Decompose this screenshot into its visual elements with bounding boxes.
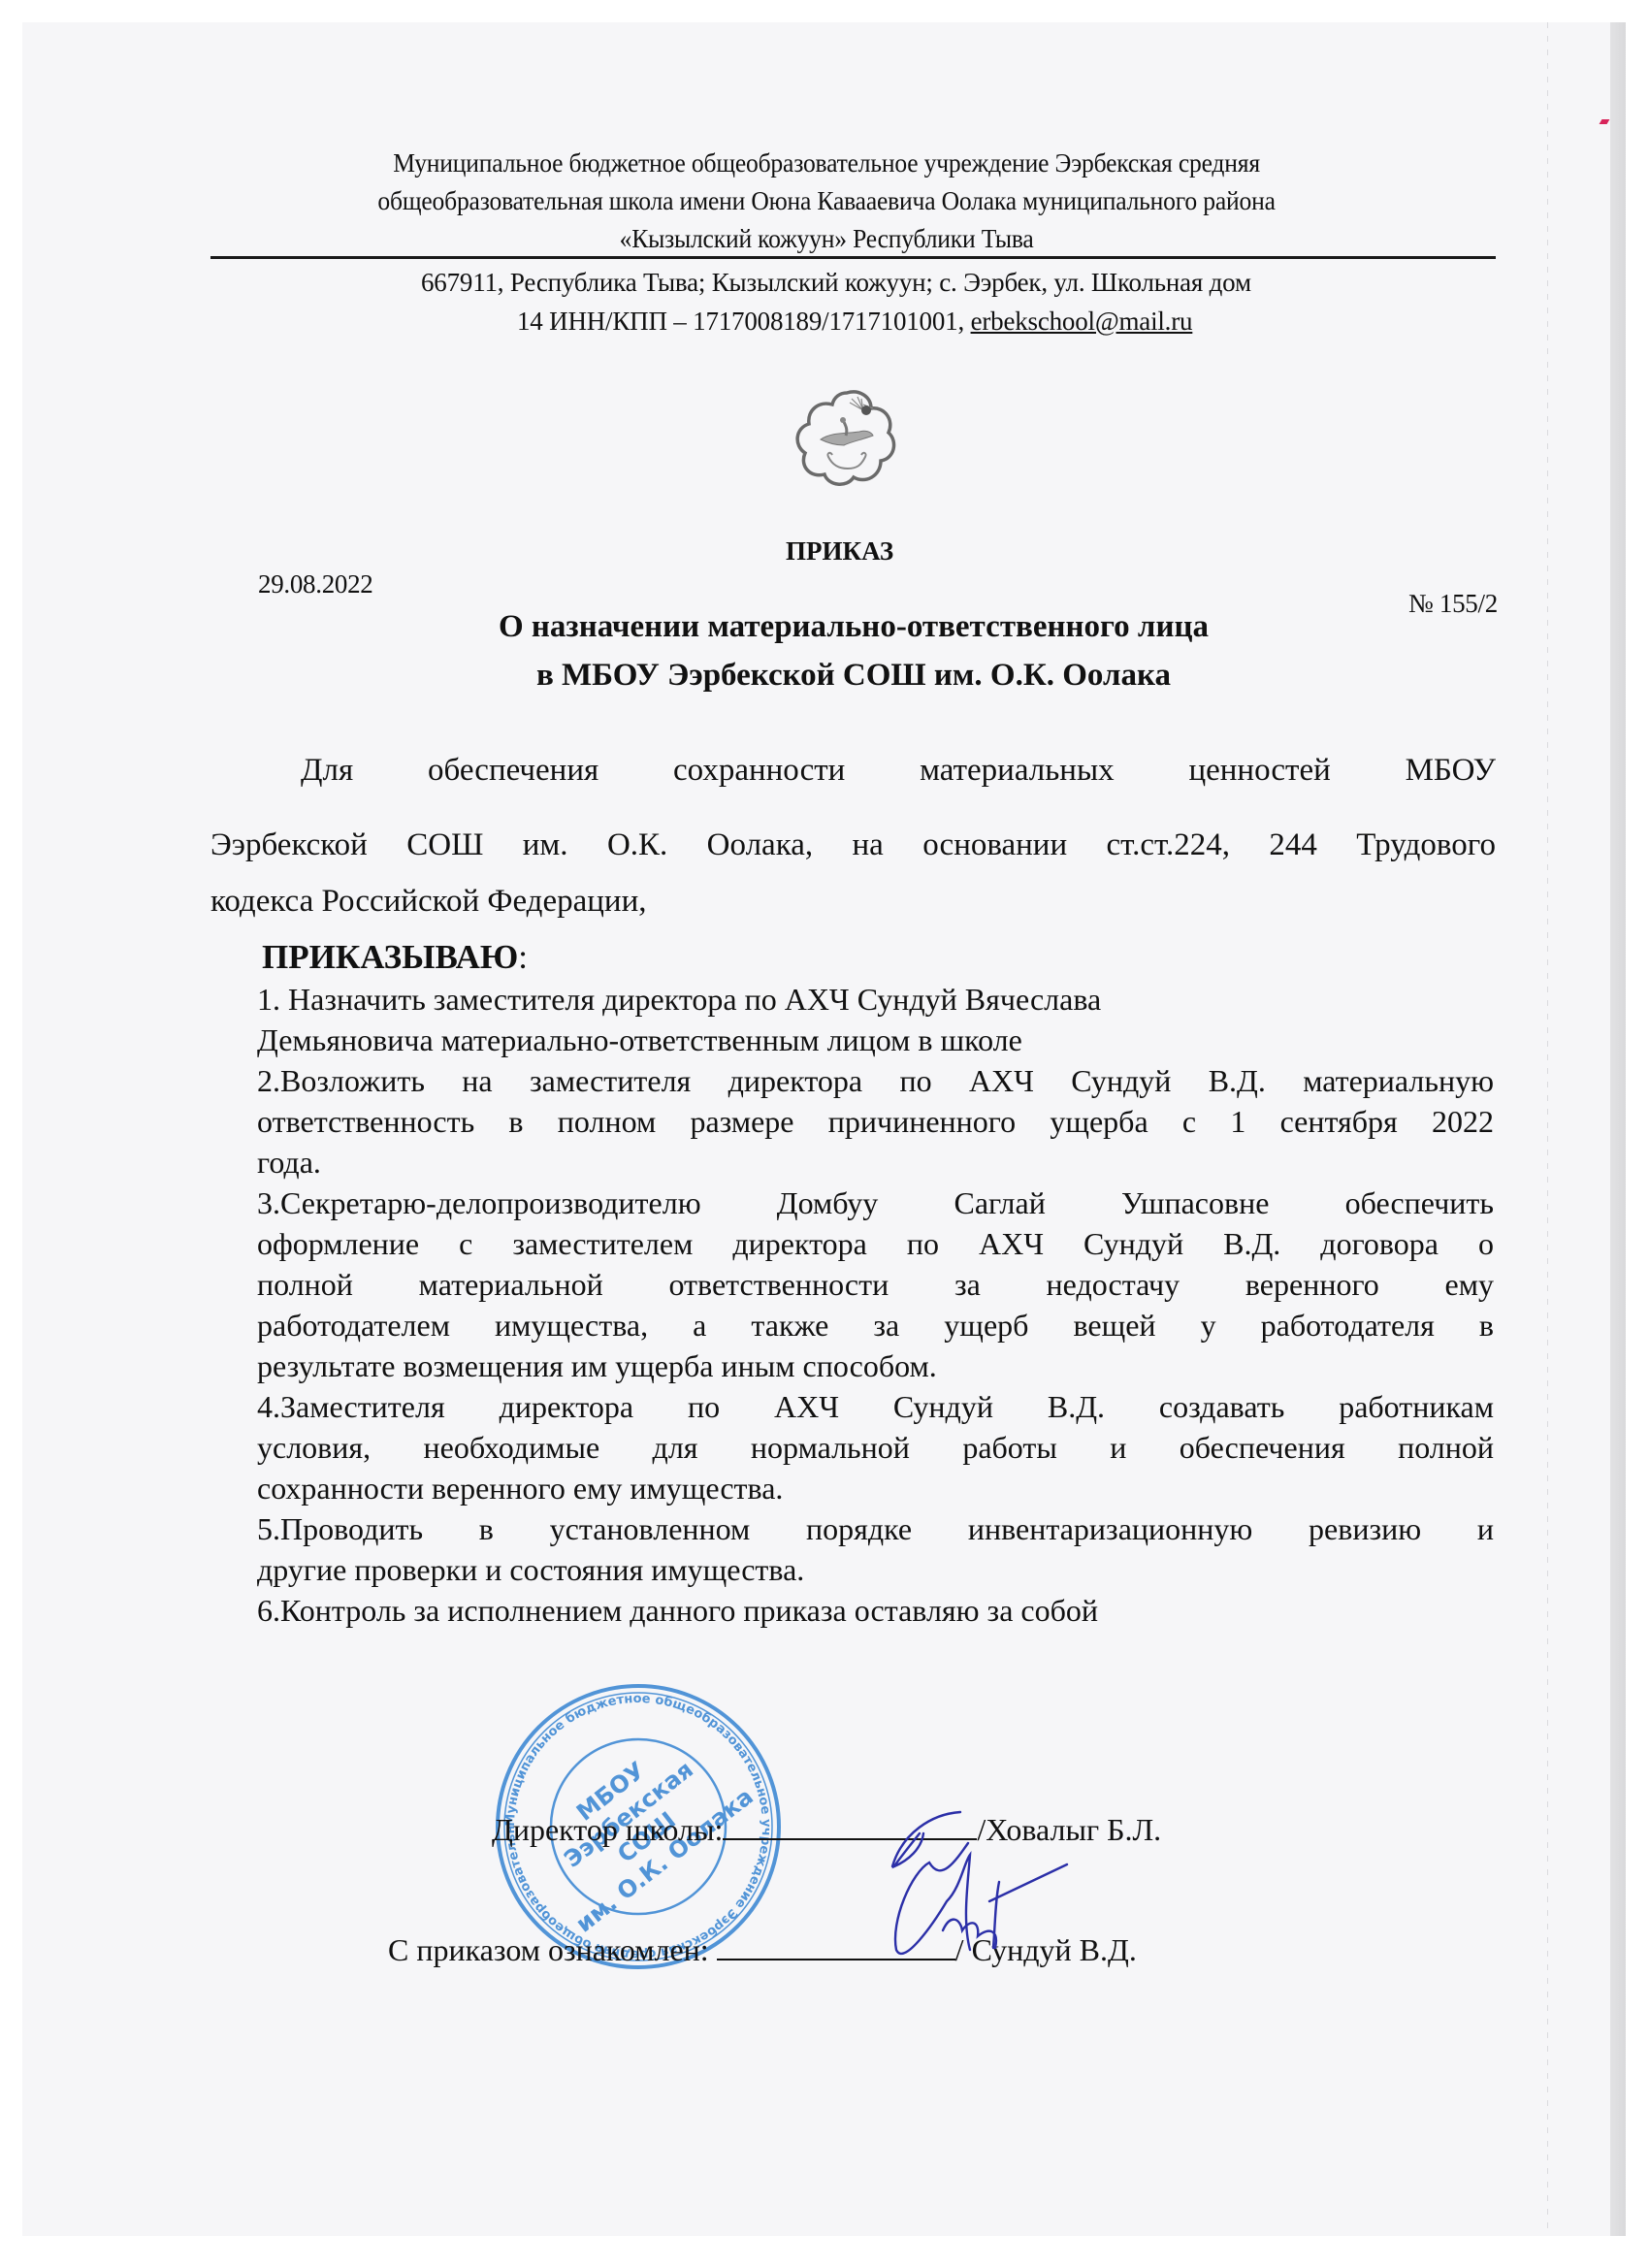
item-1-line-2: Демьяновича материально-ответственным ли… <box>257 1022 1022 1058</box>
address-line-1: 667911, Республика Тыва; Кызылский кожуу… <box>421 268 1251 298</box>
org-name-line-3: «Кызылский кожуун» Республики Тыва <box>60 223 1594 254</box>
order-date: 29.08.2022 <box>258 569 373 599</box>
item-3-line-2: оформление с заместителем директора по А… <box>257 1226 1494 1262</box>
inn-kpp-text: 14 ИНН/КПП – 1717008189/1717101001, <box>517 307 971 336</box>
item-3-line-4: работодателем имущества, а также за ущер… <box>257 1308 1494 1344</box>
fold-mark <box>1547 22 1548 2236</box>
org-name-line-1: Муниципальное бюджетное общеобразователь… <box>60 147 1594 178</box>
item-5-line-1: 5.Проводить в установленном порядке инве… <box>257 1511 1494 1547</box>
item-4-line-2: условия, необходимые для нормальной рабо… <box>257 1430 1494 1466</box>
handwritten-signature <box>854 1804 1106 1998</box>
tuva-emblem-icon <box>793 385 900 492</box>
acknowledged-label: С приказом ознакомлен: <box>388 1932 709 1967</box>
order-title-line-2: в МБОУ Ээрбекской СОШ им. О.К. Оолака <box>0 658 1649 694</box>
email-link[interactable]: erbekschool@mail.ru <box>971 307 1193 336</box>
directive-heading: ПРИКАЗЫВАЮ: <box>262 938 528 977</box>
item-1-line-1: 1. Назначить заместителя директора по АХ… <box>257 982 1101 1018</box>
directive-heading-colon: : <box>518 938 528 976</box>
item-5-line-2: другие проверки и состояния имущества. <box>257 1552 804 1588</box>
item-3-line-3: полной материальной ответственности за н… <box>257 1267 1494 1303</box>
directive-heading-text: ПРИКАЗЫВАЮ <box>262 938 518 976</box>
header-rule <box>210 256 1496 259</box>
item-3-line-5: результате возмещения им ущерба иным спо… <box>257 1348 937 1384</box>
document-type: ПРИКАЗ <box>786 536 893 567</box>
scan-edge <box>1610 22 1626 2236</box>
item-4-line-3: сохранности веренного ему имущества. <box>257 1471 783 1507</box>
item-3-line-1: 3.Секретарю-делопроизводителю Домбуу Саг… <box>257 1185 1494 1221</box>
preamble-line-1: Для обеспечения сохранности материальных… <box>301 753 1496 789</box>
org-name-line-2: общеобразовательная школа имени Оюна Кав… <box>60 185 1594 216</box>
item-2-line-3: года. <box>257 1145 321 1181</box>
item-4-line-1: 4.Заместителя директора по АХЧ Сундуй В.… <box>257 1389 1494 1425</box>
item-2-line-1: 2.Возложить на заместителя директора по … <box>257 1063 1494 1099</box>
director-label: Директор школы: <box>492 1812 723 1847</box>
item-2-line-2: ответственность в полном размере причине… <box>257 1104 1494 1140</box>
preamble-line-2: Ээрбекской СОШ им. О.К. Оолака, на основ… <box>210 827 1496 863</box>
preamble-line-3: кодекса Российской Федерации, <box>210 884 646 920</box>
item-6-line-1: 6.Контроль за исполнением данного приказ… <box>257 1593 1098 1629</box>
address-line-2: 14 ИНН/КПП – 1717008189/1717101001, erbe… <box>517 307 1192 337</box>
order-title-line-1: О назначении материально-ответственного … <box>0 609 1649 645</box>
